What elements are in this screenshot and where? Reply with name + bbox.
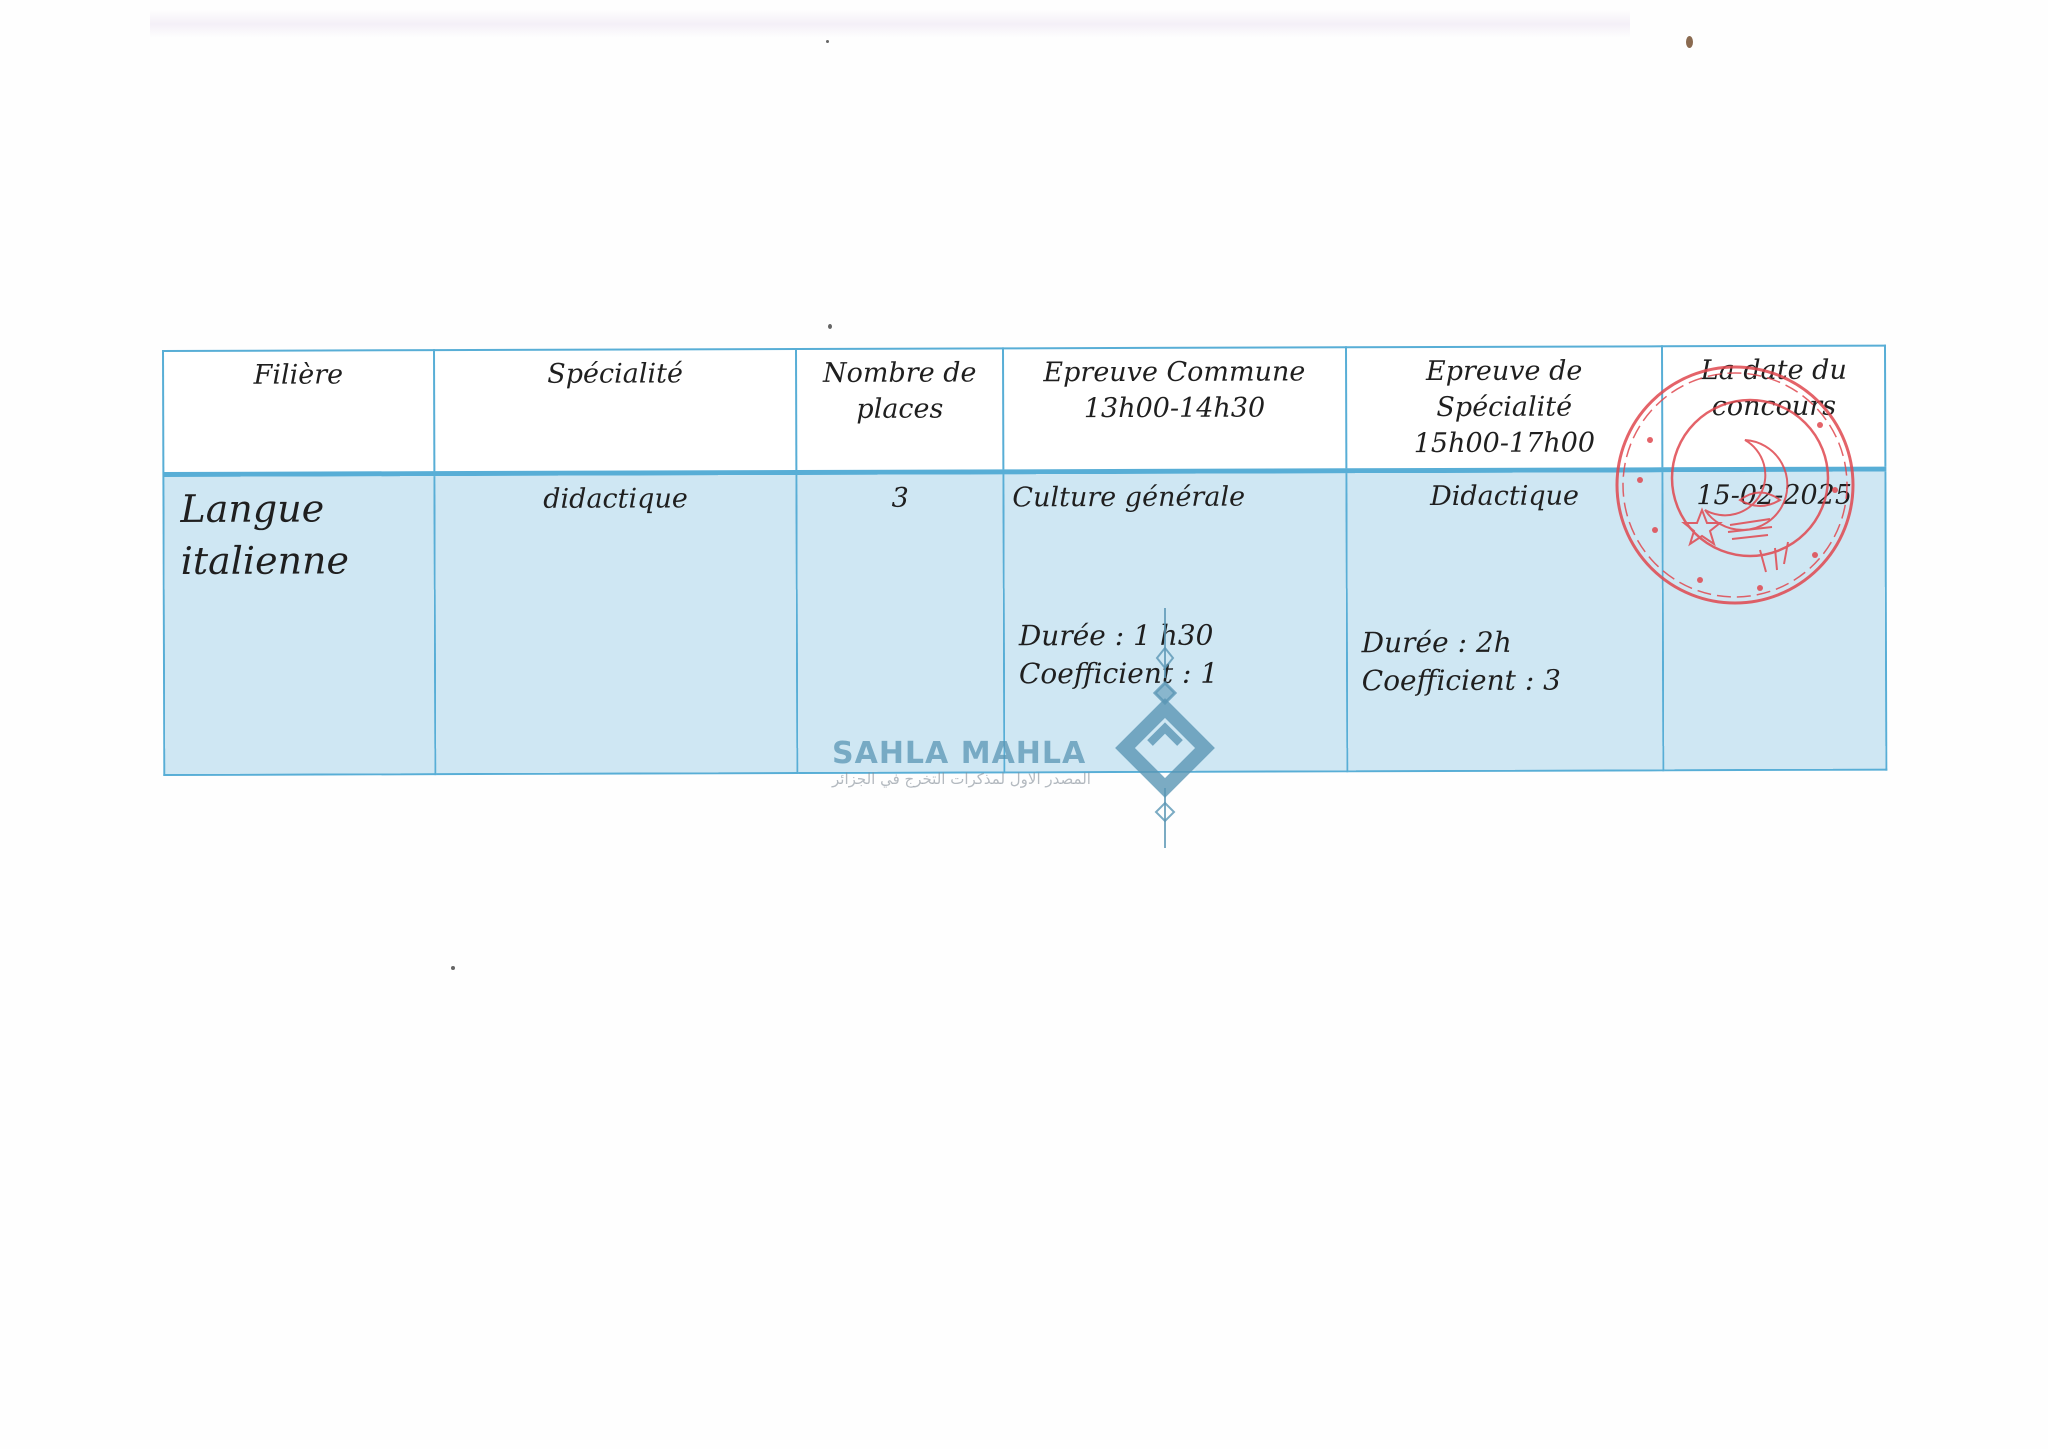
header-line: Filière: [172, 357, 425, 394]
filiere-line: italienne: [181, 534, 426, 587]
scan-artifact: [150, 10, 1630, 38]
concours-table: Filière Spécialité Nombre de places Epre…: [162, 345, 1887, 776]
header-specialite: Spécialité: [434, 349, 797, 474]
cell-date-concours: 15-02-2025: [1663, 469, 1887, 770]
header-date-concours: La date du concours: [1662, 346, 1885, 470]
header-line: Spécialité: [1355, 389, 1654, 426]
concours-table-container: Filière Spécialité Nombre de places Epre…: [162, 345, 1887, 776]
scan-speck: [451, 966, 455, 970]
header-line: Spécialité: [443, 356, 788, 393]
scan-speck: [826, 40, 829, 43]
epreuve-commune-coefficient: Coefficient : 1: [1019, 655, 1218, 694]
header-line: La date du: [1671, 353, 1876, 390]
epreuve-commune-details: Durée : 1 h30 Coefficient : 1: [1019, 617, 1218, 694]
cell-filiere: Langue italienne: [163, 474, 435, 775]
table-header-row: Filière Spécialité Nombre de places Epre…: [163, 346, 1885, 475]
scan-speck: [828, 324, 832, 329]
cell-epreuve-specialite: Didactique Durée : 2h Coefficient : 3: [1346, 470, 1664, 771]
scan-speck: [1686, 36, 1693, 48]
header-filiere: Filière: [163, 350, 434, 474]
filiere-line: Langue: [180, 482, 425, 535]
header-line: Epreuve de: [1355, 353, 1654, 390]
header-line: Epreuve Commune: [1012, 354, 1337, 391]
date-concours-value: 15-02-2025: [1672, 478, 1877, 515]
epreuve-specialite-duree: Durée : 2h: [1362, 624, 1561, 663]
header-line: concours: [1672, 389, 1877, 426]
cell-specialite: didactique: [434, 473, 798, 775]
cell-nombre-places: 3: [797, 472, 1004, 773]
header-nombre-places: Nombre de places: [796, 348, 1003, 472]
header-epreuve-commune: Epreuve Commune 13h00-14h30: [1003, 347, 1346, 472]
table-row: Langue italienne didactique 3 Culture gé…: [163, 469, 1886, 775]
epreuve-commune-duree: Durée : 1 h30: [1019, 617, 1218, 656]
header-line: 15h00-17h00: [1355, 425, 1654, 462]
header-line: places: [806, 391, 995, 428]
epreuve-specialite-details: Durée : 2h Coefficient : 3: [1362, 624, 1561, 701]
nombre-places-value: 3: [806, 480, 995, 517]
header-epreuve-specialite: Epreuve de Spécialité 15h00-17h00: [1346, 346, 1663, 470]
epreuve-specialite-coefficient: Coefficient : 3: [1362, 662, 1561, 701]
cell-epreuve-commune: Culture générale Durée : 1 h30 Coefficie…: [1003, 471, 1347, 773]
epreuve-commune-matiere: Culture générale: [1012, 479, 1337, 516]
specialite-value: didactique: [443, 481, 788, 518]
header-line: Nombre de: [805, 355, 994, 392]
header-line: 13h00-14h30: [1012, 390, 1337, 427]
epreuve-specialite-matiere: Didactique: [1355, 478, 1654, 515]
